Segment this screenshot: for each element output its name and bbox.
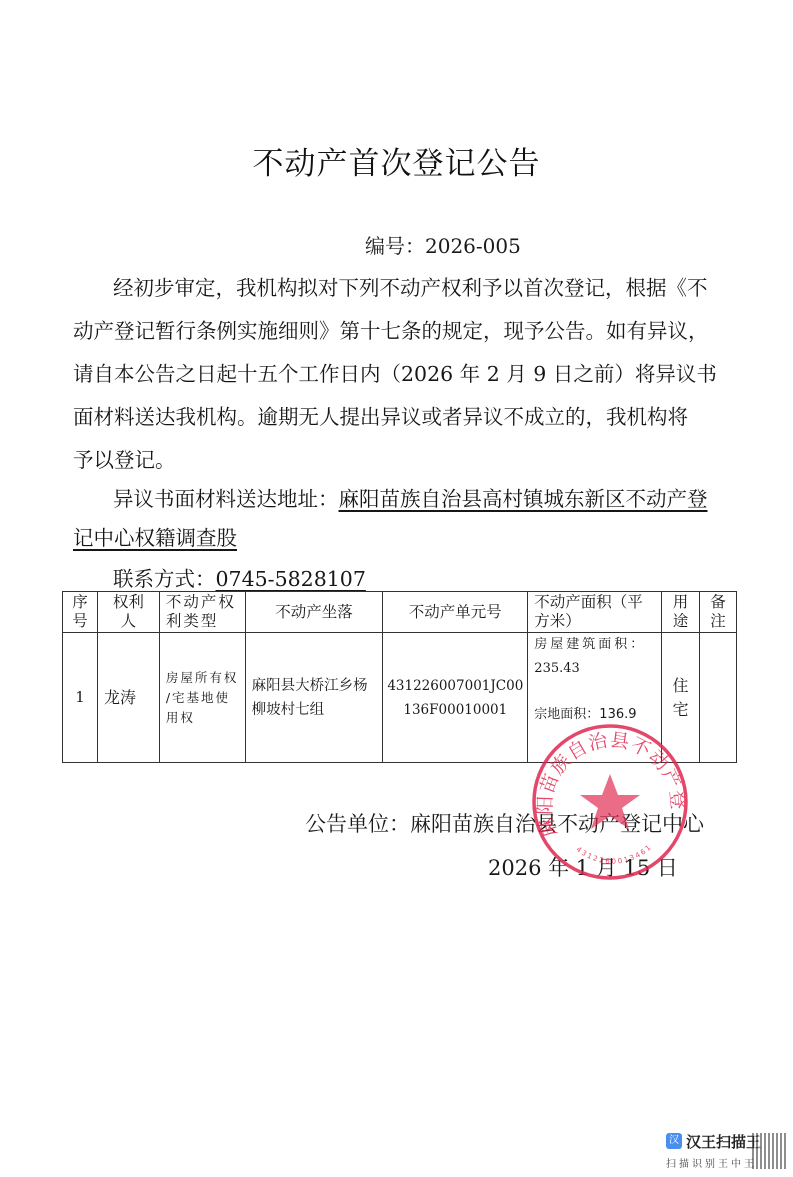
- header-remark: 备注: [700, 592, 737, 633]
- scanner-watermark: 汉 汉王扫描王 扫描识别王中王: [666, 1131, 792, 1175]
- header-holder: 权利人: [97, 592, 159, 633]
- cell-location: 麻阳县大桥江乡杨柳坡村七组: [245, 633, 383, 763]
- star-icon: [580, 774, 640, 829]
- cell-unit-number: 431226007001JC00136F00010001: [383, 633, 528, 763]
- building-area-value: 235.43: [534, 659, 655, 679]
- header-usage: 用途: [662, 592, 700, 633]
- header-unit-number: 不动产单元号: [383, 592, 528, 633]
- cell-remark: [700, 633, 737, 763]
- header-index: 序号: [63, 592, 98, 633]
- body-line: 面材料送达我机构。逾期无人提出异议或者异议不成立的，我机构将: [73, 400, 688, 430]
- body-line: 予以登记。: [73, 443, 176, 473]
- building-area-label: 房屋建筑面积：: [534, 635, 655, 655]
- contact-label: 联系方式：: [113, 567, 216, 591]
- body-line: 请自本公告之日起十五个工作日内（2026 年 2 月 9 日之前）将异议书: [73, 357, 717, 387]
- app-name: 汉王扫描王: [686, 1131, 761, 1152]
- body-line: 经初步审定，我机构拟对下列不动产权利予以首次登记，根据《不: [113, 271, 708, 301]
- app-slogan: 扫描识别王中王: [666, 1155, 757, 1170]
- table-header-row: 序号 权利人 不动产权利类型 不动产坐落 不动产单元号 不动产面积（平方米） 用…: [63, 592, 737, 633]
- app-logo-icon: 汉: [666, 1133, 682, 1149]
- header-right-type: 不动产权利类型: [159, 592, 245, 633]
- contact-row: 联系方式：0745-5828107: [113, 562, 366, 592]
- cell-holder: 龙涛: [97, 633, 159, 763]
- cell-index: 1: [63, 633, 98, 763]
- qr-code-icon: [752, 1133, 788, 1169]
- address-label: 异议书面材料送达地址：: [113, 487, 339, 511]
- body-line: 动产登记暂行条例实施细则》第十七条的规定，现予公告。如有异议，: [73, 314, 709, 344]
- address-value-cont: 记中心权籍调查股: [73, 521, 237, 551]
- cell-right-type: 房屋所有权/宅基地使用权: [159, 633, 245, 763]
- seal-code: 4312260013461: [575, 842, 654, 865]
- page-title: 不动产首次登记公告: [0, 138, 793, 183]
- official-seal-icon: 麻阳苗族自治县不动产登记中心 4312260013461: [530, 722, 690, 882]
- header-area: 不动产面积（平方米）: [528, 592, 662, 633]
- address-value: 麻阳苗族自治县高村镇城东新区不动产登: [339, 487, 708, 511]
- contact-phone: 0745-5828107: [216, 567, 366, 591]
- header-location: 不动产坐落: [245, 592, 383, 633]
- svg-text:4312260013461: 4312260013461: [575, 842, 654, 865]
- address-row: 异议书面材料送达地址：麻阳苗族自治县高村镇城东新区不动产登: [113, 482, 708, 512]
- announcement-number: 编号：2026-005: [365, 230, 521, 259]
